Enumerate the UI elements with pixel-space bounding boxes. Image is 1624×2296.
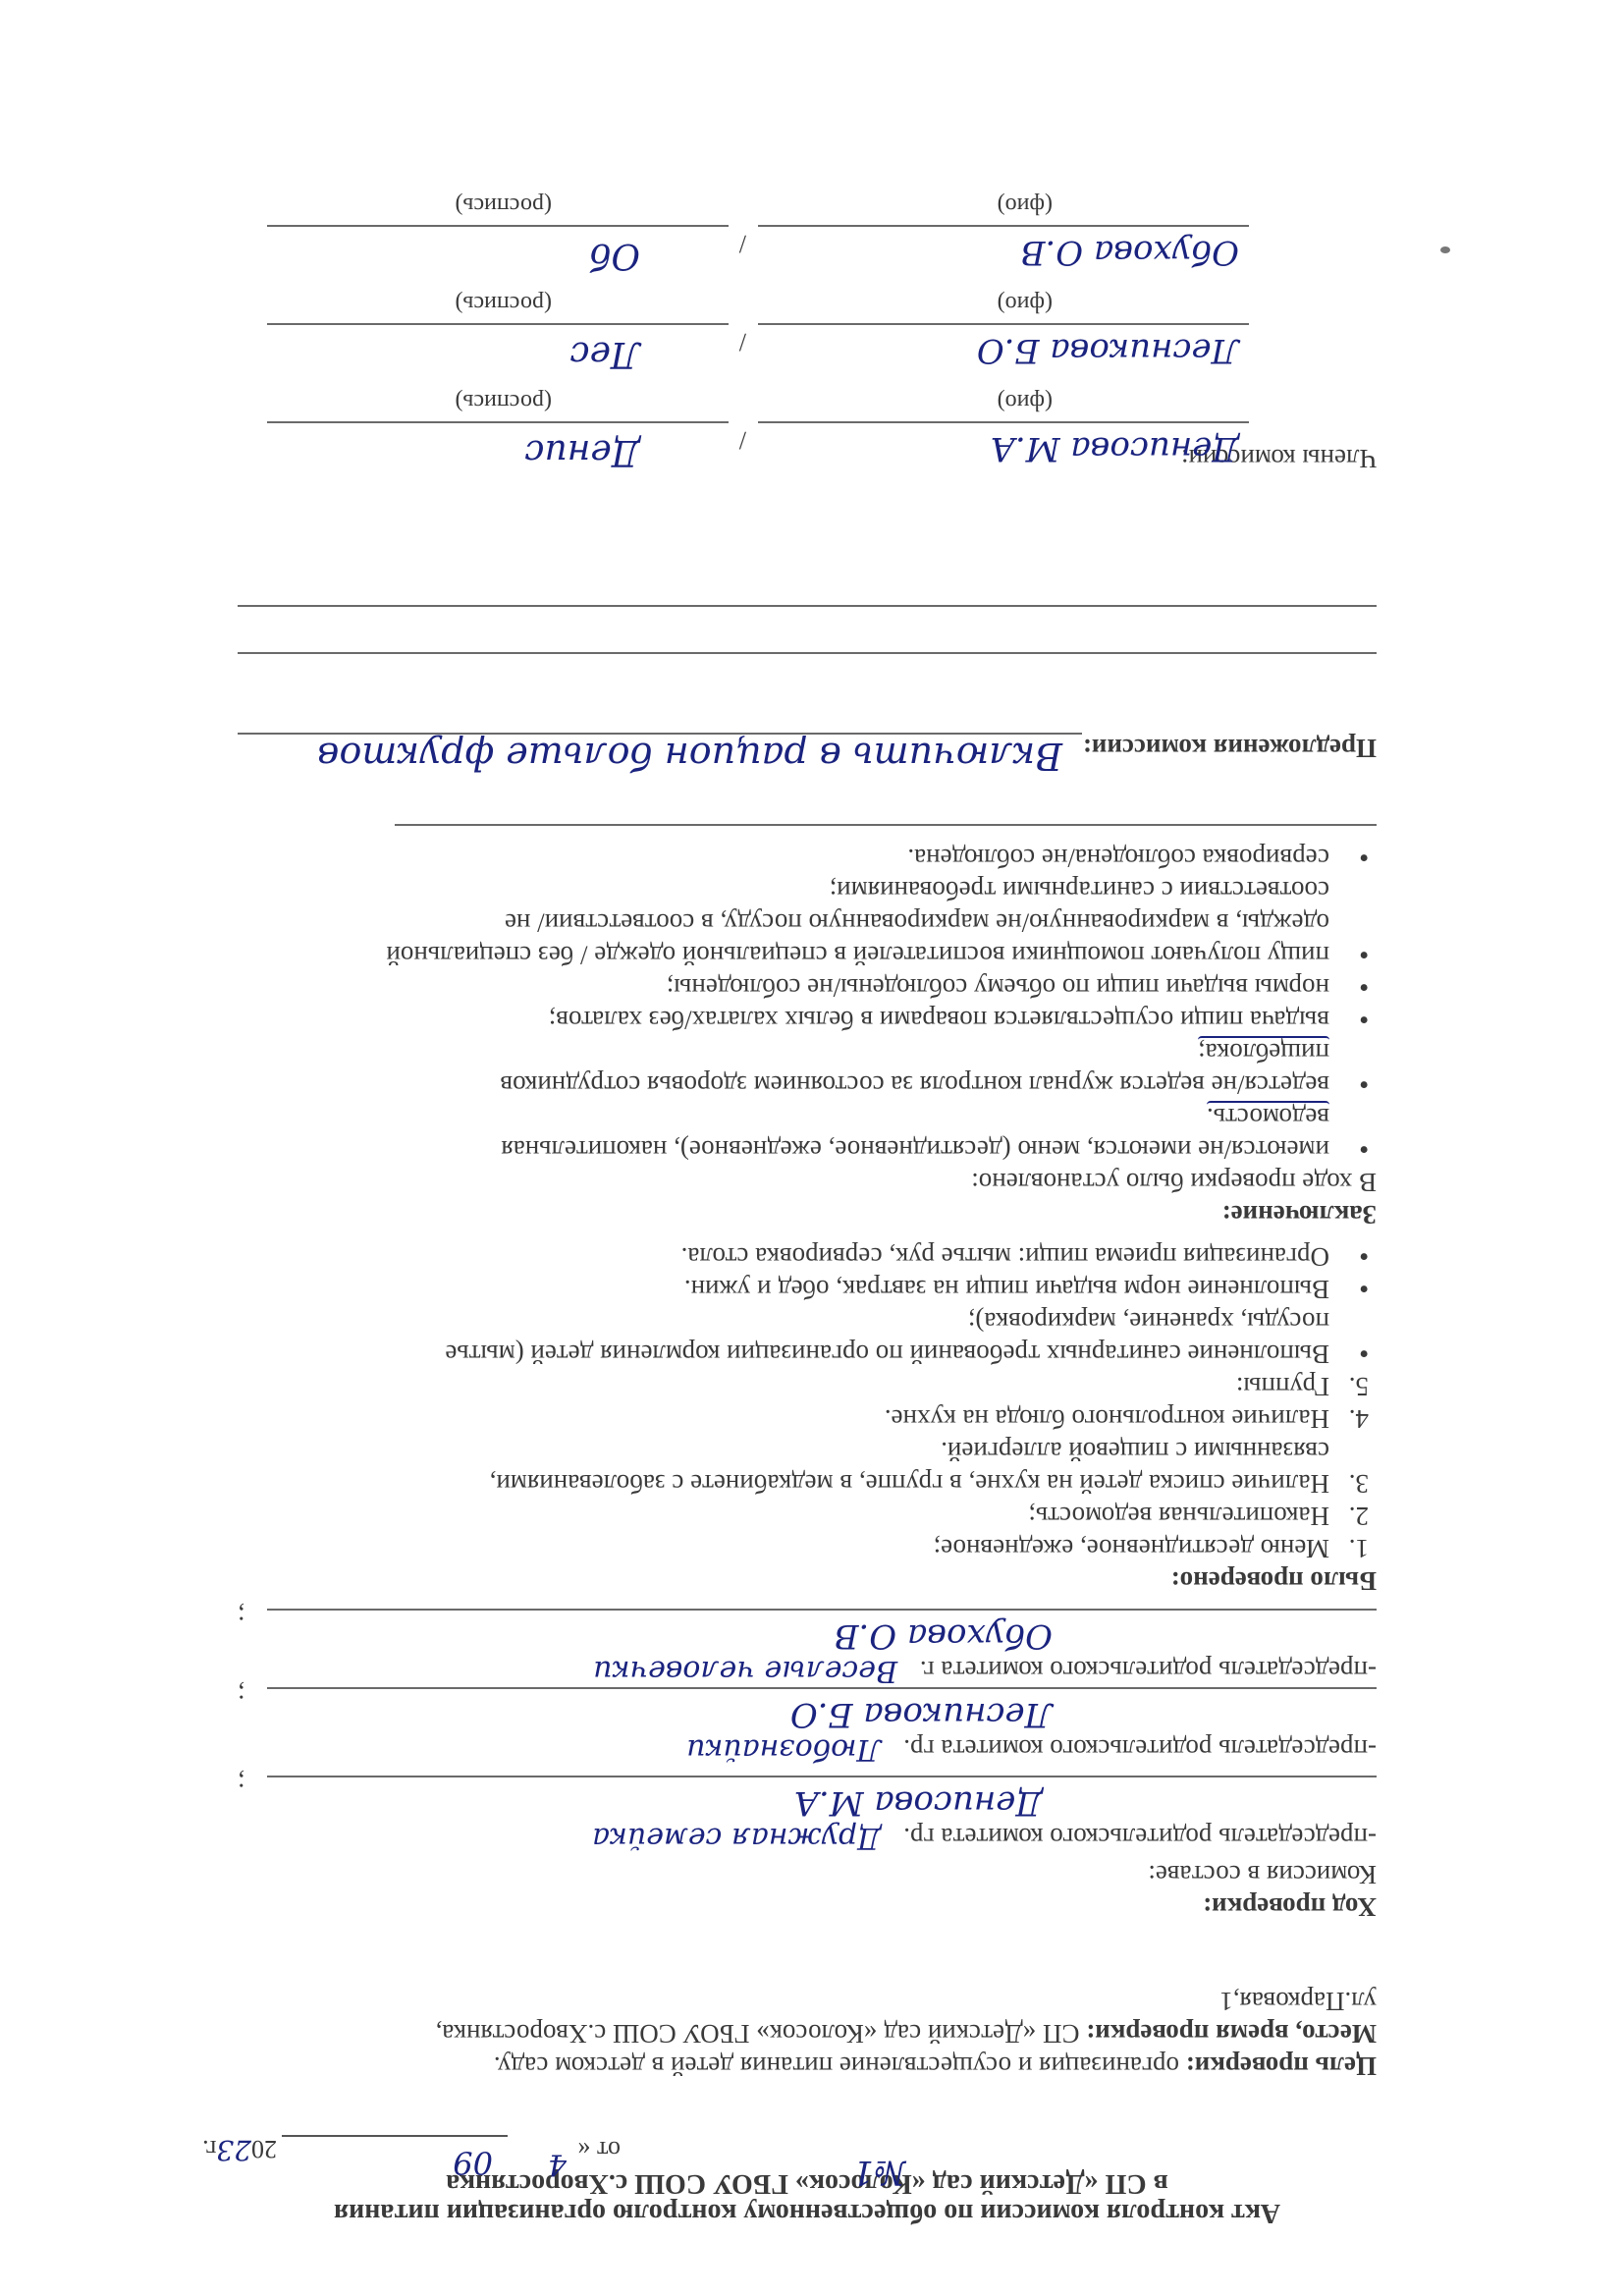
commission-label: Комиссия в составе: bbox=[238, 1858, 1377, 1890]
scan-speck bbox=[1440, 246, 1450, 253]
place-address: ул.Парковая,1 bbox=[238, 1985, 1377, 2017]
group-name: Дружная семейка bbox=[592, 1821, 881, 1855]
place-label: Место, время проверки: bbox=[1086, 2019, 1377, 2049]
goal-label: Цель проверки: bbox=[1186, 2051, 1377, 2081]
commission-member-2: -председатель родительского комитета гр.… bbox=[238, 1707, 1377, 1766]
commission-member-3: -председатель родительского комитета г. … bbox=[238, 1628, 1377, 1687]
member-fio: Обухова О.В bbox=[1020, 236, 1239, 268]
proposals-section: Предложения комиссии: Включить в рацион … bbox=[238, 646, 1377, 764]
document-title: Акт контроля комиссии по общественному к… bbox=[238, 2168, 1377, 2227]
checked-item: 5.Группы: bbox=[238, 1370, 1377, 1402]
proposals-text: Включить в рацион больше фруктов bbox=[317, 739, 1062, 772]
member-signature-row: Лесникова Б.О / Лес (фио) (роспись) bbox=[238, 288, 1249, 366]
commission-member-1: -председатель родительского комитета гр.… bbox=[238, 1795, 1377, 1854]
member-signature: Денис bbox=[524, 436, 640, 468]
document-page: Акт контроля комиссии по общественному к… bbox=[0, 0, 1624, 2296]
group-name: Любознайки bbox=[686, 1732, 881, 1767]
conclusion-bullet: сервировка соблюдена/не соблюдена. bbox=[238, 842, 1377, 874]
member-fio: Денисова М.А bbox=[990, 432, 1239, 465]
checked-bullet: Выполнение санитарных требований по орга… bbox=[238, 1305, 1377, 1370]
member-fio: Лесникова Б.О bbox=[977, 334, 1239, 366]
member-signature: Лес bbox=[569, 338, 640, 370]
conclusion-bullet: нормы выдачи пищи по объему соблюдены/не… bbox=[238, 971, 1377, 1004]
date-month: 09 bbox=[453, 2146, 493, 2178]
member-signature: Об bbox=[590, 240, 641, 272]
goal-section: Цель проверки: организация и осуществлен… bbox=[238, 1985, 1377, 2082]
conclusion-bullet: пищу получают помощники воспитателей в с… bbox=[238, 874, 1377, 971]
date-from-label: от « bbox=[577, 2134, 621, 2166]
conclusion-bullet: имеются/не имеются, меню (десятидневное,… bbox=[238, 1101, 1377, 1166]
member-name: Обухова О.В bbox=[834, 1619, 1053, 1652]
group-name: Веселые человечки bbox=[593, 1654, 897, 1688]
title-line-1: Акт контроля комиссии по общественному к… bbox=[238, 2198, 1377, 2227]
proposals-label: Предложения комиссии: bbox=[1083, 734, 1377, 763]
course-label: Ход проверки: bbox=[238, 1890, 1377, 1923]
place-text: СП «Детский сад «Колосок» ГБОУ СОШ с.Хво… bbox=[436, 2019, 1080, 2049]
title-line-2: в СП «Детский сад «Колосок» ГБОУ СОШ с.Х… bbox=[238, 2168, 1377, 2198]
conclusion-intro: В ходе проверки было установлено: bbox=[238, 1166, 1377, 1198]
checked-label: Было проверено: bbox=[238, 1564, 1377, 1597]
member-signature-row: Денисова М.А / Денис (фио) (роспись) bbox=[238, 386, 1249, 465]
member-name: Лесникова Б.О bbox=[790, 1698, 1053, 1730]
course-section: Ход проверки: Комиссия в составе: bbox=[238, 1858, 1377, 1923]
checked-item: 2.Накопительная ведомость; bbox=[238, 1500, 1377, 1532]
checked-bullet: Выполнение норм выдачи пищи на завтрак, … bbox=[238, 1273, 1377, 1305]
checked-item: 4.Наличие контрольного блюда на кухне. bbox=[238, 1402, 1377, 1435]
month-underline bbox=[282, 2135, 508, 2137]
date-day: 4 bbox=[548, 2148, 567, 2180]
goal-text: организация и осуществление питания дете… bbox=[494, 2051, 1179, 2081]
member-signature-row: Обухова О.В / Об (фио) (роспись) bbox=[238, 190, 1249, 268]
conclusion-section: Заключение: В ходе проверки было установ… bbox=[238, 842, 1377, 1230]
checked-section: Было проверено: 1.Меню десятидневное, еж… bbox=[238, 1240, 1377, 1597]
conclusion-bullet: ведется/не ведется журнал контроля за со… bbox=[238, 1036, 1377, 1101]
act-number: №1 bbox=[852, 2156, 905, 2188]
checked-bullet: Организация приема пищи: мытье рук, серв… bbox=[238, 1240, 1377, 1273]
checked-item: 1.Меню десятидневное, ежедневное; bbox=[238, 1532, 1377, 1564]
date-year: 2023г. bbox=[202, 2133, 277, 2166]
conclusion-label: Заключение: bbox=[238, 1198, 1377, 1230]
member-name: Денисова М.А bbox=[793, 1786, 1043, 1819]
checked-item: 3.Наличие списка детей на кухне, в групп… bbox=[238, 1435, 1377, 1500]
conclusion-bullet: выдача пищи осуществляется поварами в бе… bbox=[238, 1004, 1377, 1036]
